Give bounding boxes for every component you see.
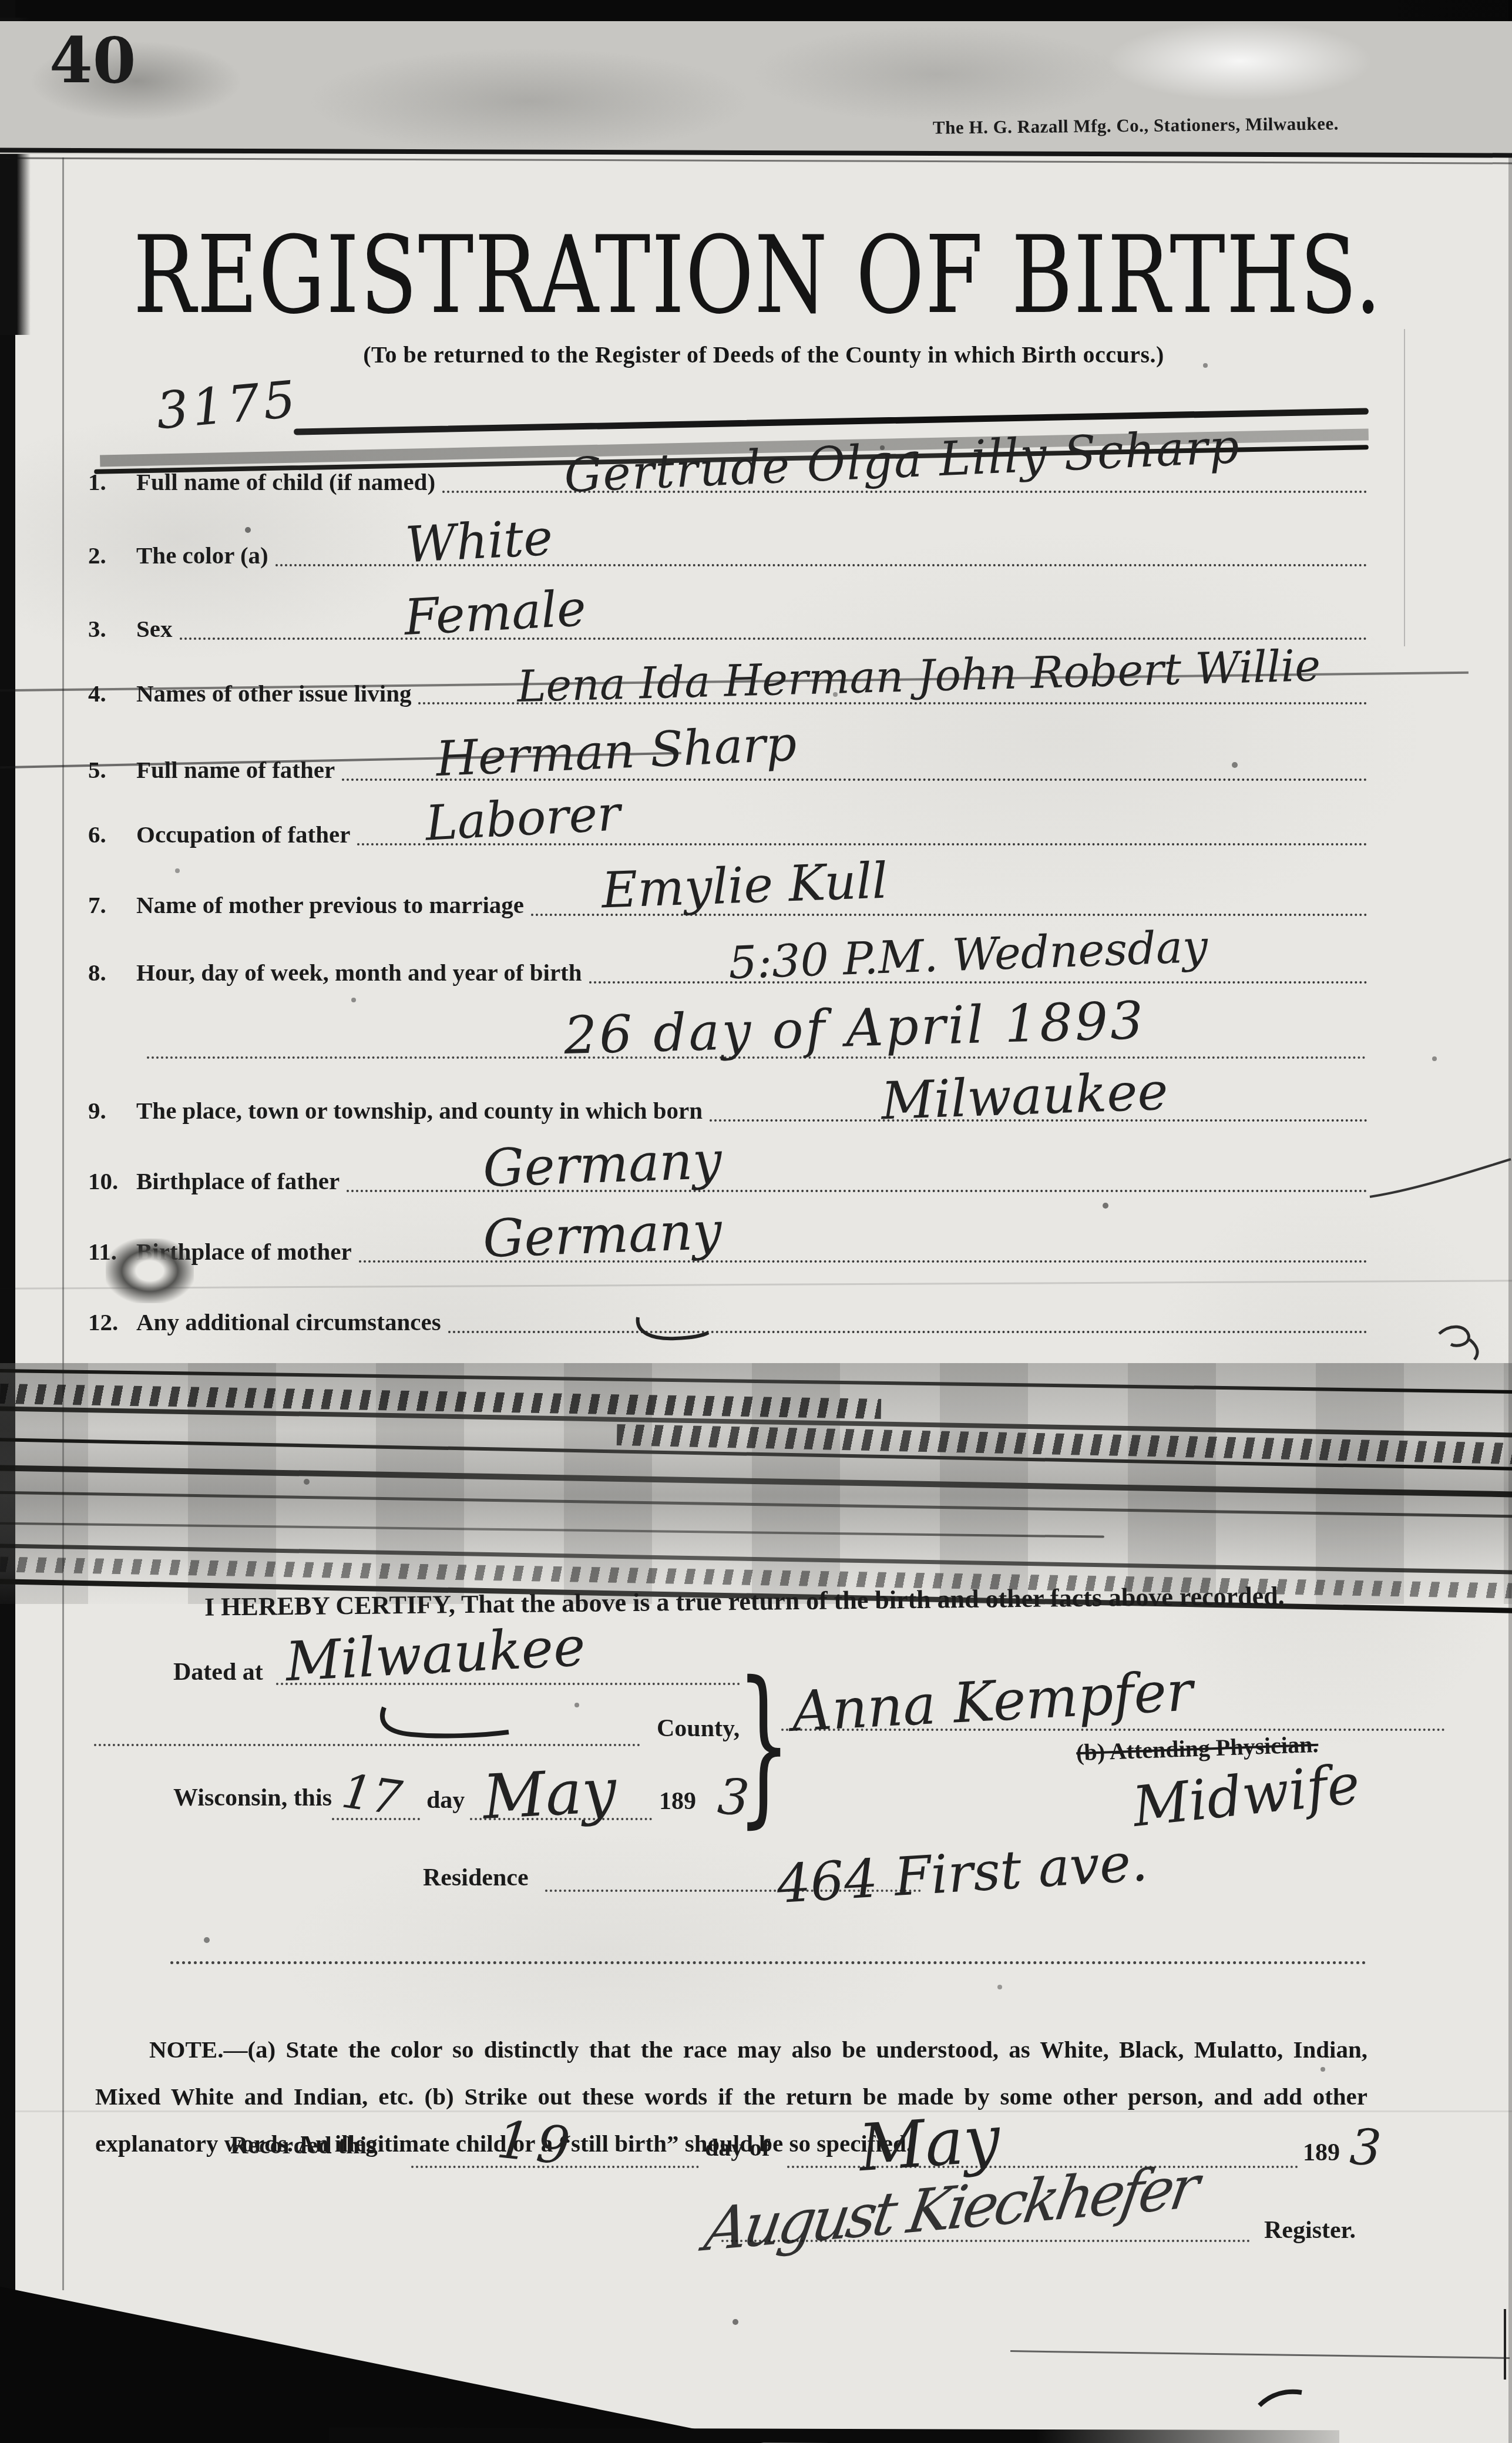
dotted-line-blank	[94, 1744, 640, 1746]
scan-edge-right	[1508, 0, 1512, 2443]
dotted-line	[448, 1331, 1367, 1333]
field-value-father-birthplace: Germany	[482, 1130, 723, 1199]
county-label: County,	[657, 1714, 740, 1743]
stationer-imprint: The H. G. Razall Mfg. Co., Stationers, M…	[933, 113, 1339, 138]
state-line-day-label: day	[426, 1786, 465, 1814]
field-number: 7.	[88, 891, 136, 926]
attendant-role: Midwife	[1130, 1752, 1363, 1840]
field-number: 4.	[88, 679, 136, 714]
field-value-birth-date: 26 day of April 1893	[563, 990, 1146, 1066]
field-label: Full name of child (if named)	[136, 468, 435, 503]
margin-rule-left	[62, 157, 64, 2290]
pen-flourish	[1369, 1155, 1512, 1202]
field-label: Birthplace of father	[136, 1167, 340, 1202]
field-value-color: White	[404, 509, 555, 574]
field-label: Occupation of father	[136, 820, 350, 855]
field-number: 1.	[88, 468, 136, 503]
margin-rule-right	[1404, 329, 1405, 646]
field-number: 10.	[88, 1167, 136, 1202]
scan-damage-band	[0, 1363, 1512, 1604]
field-value-birth-place: Milwaukee	[880, 1061, 1169, 1132]
field-number: 8.	[88, 958, 136, 994]
pen-tick	[1257, 2385, 1304, 2409]
recorded-day-value: 19	[494, 2109, 580, 2177]
page-subtitle: (To be returned to the Register of Deeds…	[363, 341, 1164, 368]
scan-right-bottom-line	[1504, 2309, 1506, 2380]
form-field-row-11: 11. Birthplace of mother	[88, 1223, 1367, 1273]
band-line	[0, 1491, 1512, 1518]
field-label: The color (a)	[136, 541, 268, 576]
form-field-row-10: 10. Birthplace of father	[88, 1153, 1367, 1202]
field-value-sex: Female	[403, 579, 587, 646]
scan-edge-left	[0, 0, 15, 2443]
attendant-signature: Anna Kempfer	[791, 1659, 1195, 1744]
scan-edge-top	[0, 0, 1512, 21]
dated-at-label: Dated at	[173, 1658, 263, 1686]
paper-speckles	[0, 0, 2, 2]
dotted-line	[781, 1729, 1445, 1731]
field-label: Hour, day of week, month and year of bir…	[136, 958, 582, 994]
scan-bottom-strip	[329, 2428, 1339, 2443]
handwritten-dash	[376, 1705, 511, 1741]
page-number: 40	[49, 24, 136, 97]
form-field-row-2: 2. The color (a)	[88, 527, 1367, 576]
dotted-line	[589, 981, 1367, 984]
recorded-label: Recorded this	[230, 2132, 376, 2160]
state-line-month-value: May	[481, 1754, 618, 1833]
state-line-year-printed: 189	[659, 1787, 696, 1816]
form-field-row-9: 9. The place, town or township, and coun…	[88, 1082, 1367, 1132]
handwritten-curve	[634, 1315, 711, 1344]
fold-line	[0, 1280, 1512, 1289]
recorded-year-digit: 3	[1348, 2118, 1383, 2177]
field-label: Any additional circumstances	[136, 1308, 441, 1343]
scan-corner-shadow	[0, 2287, 764, 2443]
dotted-line	[180, 637, 1368, 640]
field-number: 3.	[88, 615, 136, 650]
residence-label: Residence	[423, 1864, 529, 1892]
section-divider	[170, 1961, 1366, 1964]
field-value-mother-maiden-name: Emylie Kull	[600, 852, 888, 920]
form-field-row-3: 3. Sex	[88, 600, 1367, 650]
field-value-mother-birthplace: Germany	[482, 1200, 723, 1269]
page-title: REGISTRATION OF BIRTHS.	[133, 213, 1383, 337]
field-label: Name of mother previous to marriage	[136, 891, 524, 926]
scan-scratch-line	[1010, 2350, 1510, 2359]
residence-value: 464 First ave.	[775, 1831, 1149, 1915]
field-label: The place, town or township, and county …	[136, 1096, 703, 1132]
form-field-row-12: 12. Any additional circumstances	[88, 1294, 1367, 1343]
field-label: Names of other issue living	[136, 679, 411, 714]
register-label: Register.	[1264, 2216, 1356, 2244]
state-line-year-digit: 3	[716, 1767, 751, 1827]
field-value-father-occupation: Laborer	[424, 786, 622, 851]
field-label: Full name of father	[136, 756, 335, 791]
field-number: 9.	[88, 1096, 136, 1132]
margin-scribble	[1433, 1322, 1486, 1363]
birth-registration-document: 40 The H. G. Razall Mfg. Co., Stationers…	[0, 0, 1512, 2443]
band-line	[0, 1465, 1512, 1498]
state-line-day-value: 17	[338, 1763, 405, 1825]
field-number: 12.	[88, 1308, 136, 1343]
horizontal-rule-top-2	[0, 157, 1512, 165]
dated-at-value: Milwaukee	[284, 1615, 587, 1694]
recorded-day-of-label: day of	[705, 2134, 770, 2162]
recorded-year-printed: 189	[1303, 2139, 1340, 2167]
field-number: 2.	[88, 541, 136, 576]
field-number: 6.	[88, 820, 136, 855]
field-label: Sex	[136, 615, 173, 650]
state-line-prefix: Wisconsin, this	[173, 1784, 332, 1812]
field-number: 5.	[88, 756, 136, 791]
certificate-number: 3175	[154, 370, 301, 441]
form-field-row-6: 6. Occupation of father	[88, 806, 1367, 855]
band-line	[0, 1522, 1104, 1538]
dotted-line	[721, 2240, 1250, 2242]
